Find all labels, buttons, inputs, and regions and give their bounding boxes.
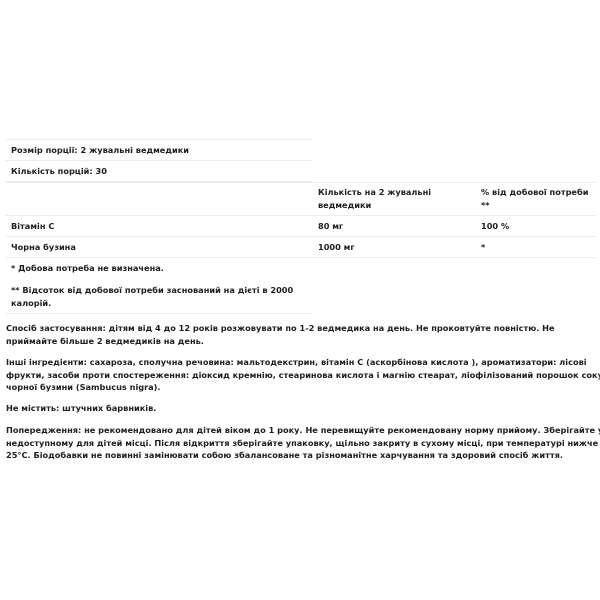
serving-size: Розмір порції: 2 жувальні ведмедики — [11, 144, 189, 157]
header-amount: Кількість на 2 жувальні ведмедики — [318, 186, 431, 211]
header-daily-value: % від добової потреби ** — [481, 186, 588, 211]
header-amount-line1: Кількість на 2 жувальні — [318, 186, 431, 199]
nutrient-amount: 1000 мг — [318, 241, 355, 254]
usage-line1: Спосіб застосування: дітям від 4 до 12 р… — [6, 322, 555, 335]
divider — [6, 160, 312, 161]
ingredients-line3: чорної бузини (Sambucus nigra). — [6, 381, 600, 394]
footnote-2-line1: ** Відсоток від добової потреби заснован… — [11, 284, 293, 297]
ingredients-line2: фрукти, засоби проти спостереження: діок… — [6, 369, 600, 382]
nutrient-dv: * — [481, 241, 485, 254]
warning-line2: недоступному для дітей місці. Після відк… — [6, 437, 600, 450]
other-ingredients: Інші інгредієнти: сахароза, сполучна реч… — [6, 356, 600, 394]
footnote-1: * Добова потреба не визначена. — [11, 262, 164, 275]
nutrient-name: Вітамін С — [11, 220, 54, 233]
divider — [6, 182, 596, 183]
divider — [6, 236, 596, 237]
servings-count: Кількість порцій: 30 — [11, 165, 107, 178]
usage-line2: приймайте більше 2 ведмедиків на день. — [6, 335, 555, 348]
header-dv-line2: ** — [481, 199, 588, 212]
divider — [6, 215, 596, 216]
header-dv-line1: % від добової потреби — [481, 186, 588, 199]
divider — [6, 313, 312, 314]
nutrient-name: Чорна бузина — [11, 241, 76, 254]
ingredients-line1: Інші інгредієнти: сахароза, сполучна реч… — [6, 356, 600, 369]
header-amount-line2: ведмедики — [318, 199, 431, 212]
footnote-2-line2: калорій. — [11, 297, 293, 310]
warning-line1: Попередження: не рекомендовано для дітей… — [6, 424, 600, 437]
nutrient-amount: 80 мг — [318, 220, 343, 233]
divider — [6, 257, 596, 258]
nutrient-dv: 100 % — [481, 220, 509, 233]
free-from: Не містить: штучних барвників. — [6, 402, 156, 415]
footnote-2: ** Відсоток від добової потреби заснован… — [11, 284, 293, 309]
warning: Попередження: не рекомендовано для дітей… — [6, 424, 600, 462]
warning-line3: 25°C. Біодобавки не повинні замінювати с… — [6, 449, 600, 462]
usage-instructions: Спосіб застосування: дітям від 4 до 12 р… — [6, 322, 555, 347]
divider — [6, 139, 312, 140]
